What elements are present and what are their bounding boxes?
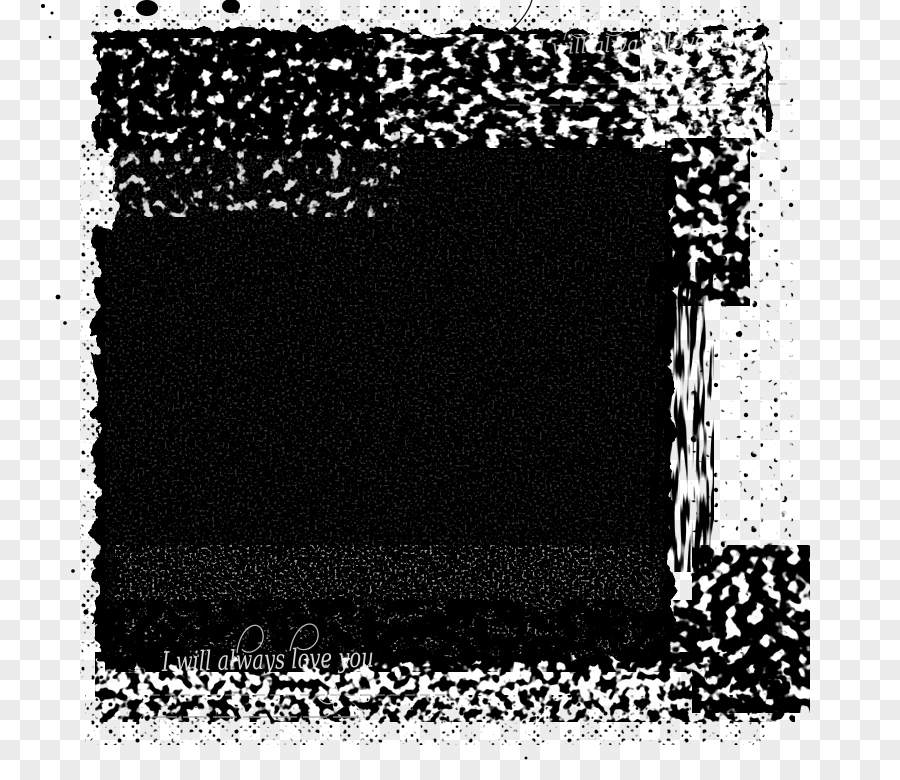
- fringe-dots-bottom: [85, 695, 765, 745]
- fringe-dots-left: [80, 140, 114, 680]
- caption-bottom: I will always love you: [161, 643, 374, 678]
- grunge-stamp-artwork: I will always love you I will always lov…: [0, 0, 900, 780]
- ink-stamp-texture: [41, 0, 810, 759]
- splatter-dots-right: [690, 40, 794, 690]
- transparency-checkerboard-background: I will always love you I will always lov…: [0, 0, 900, 780]
